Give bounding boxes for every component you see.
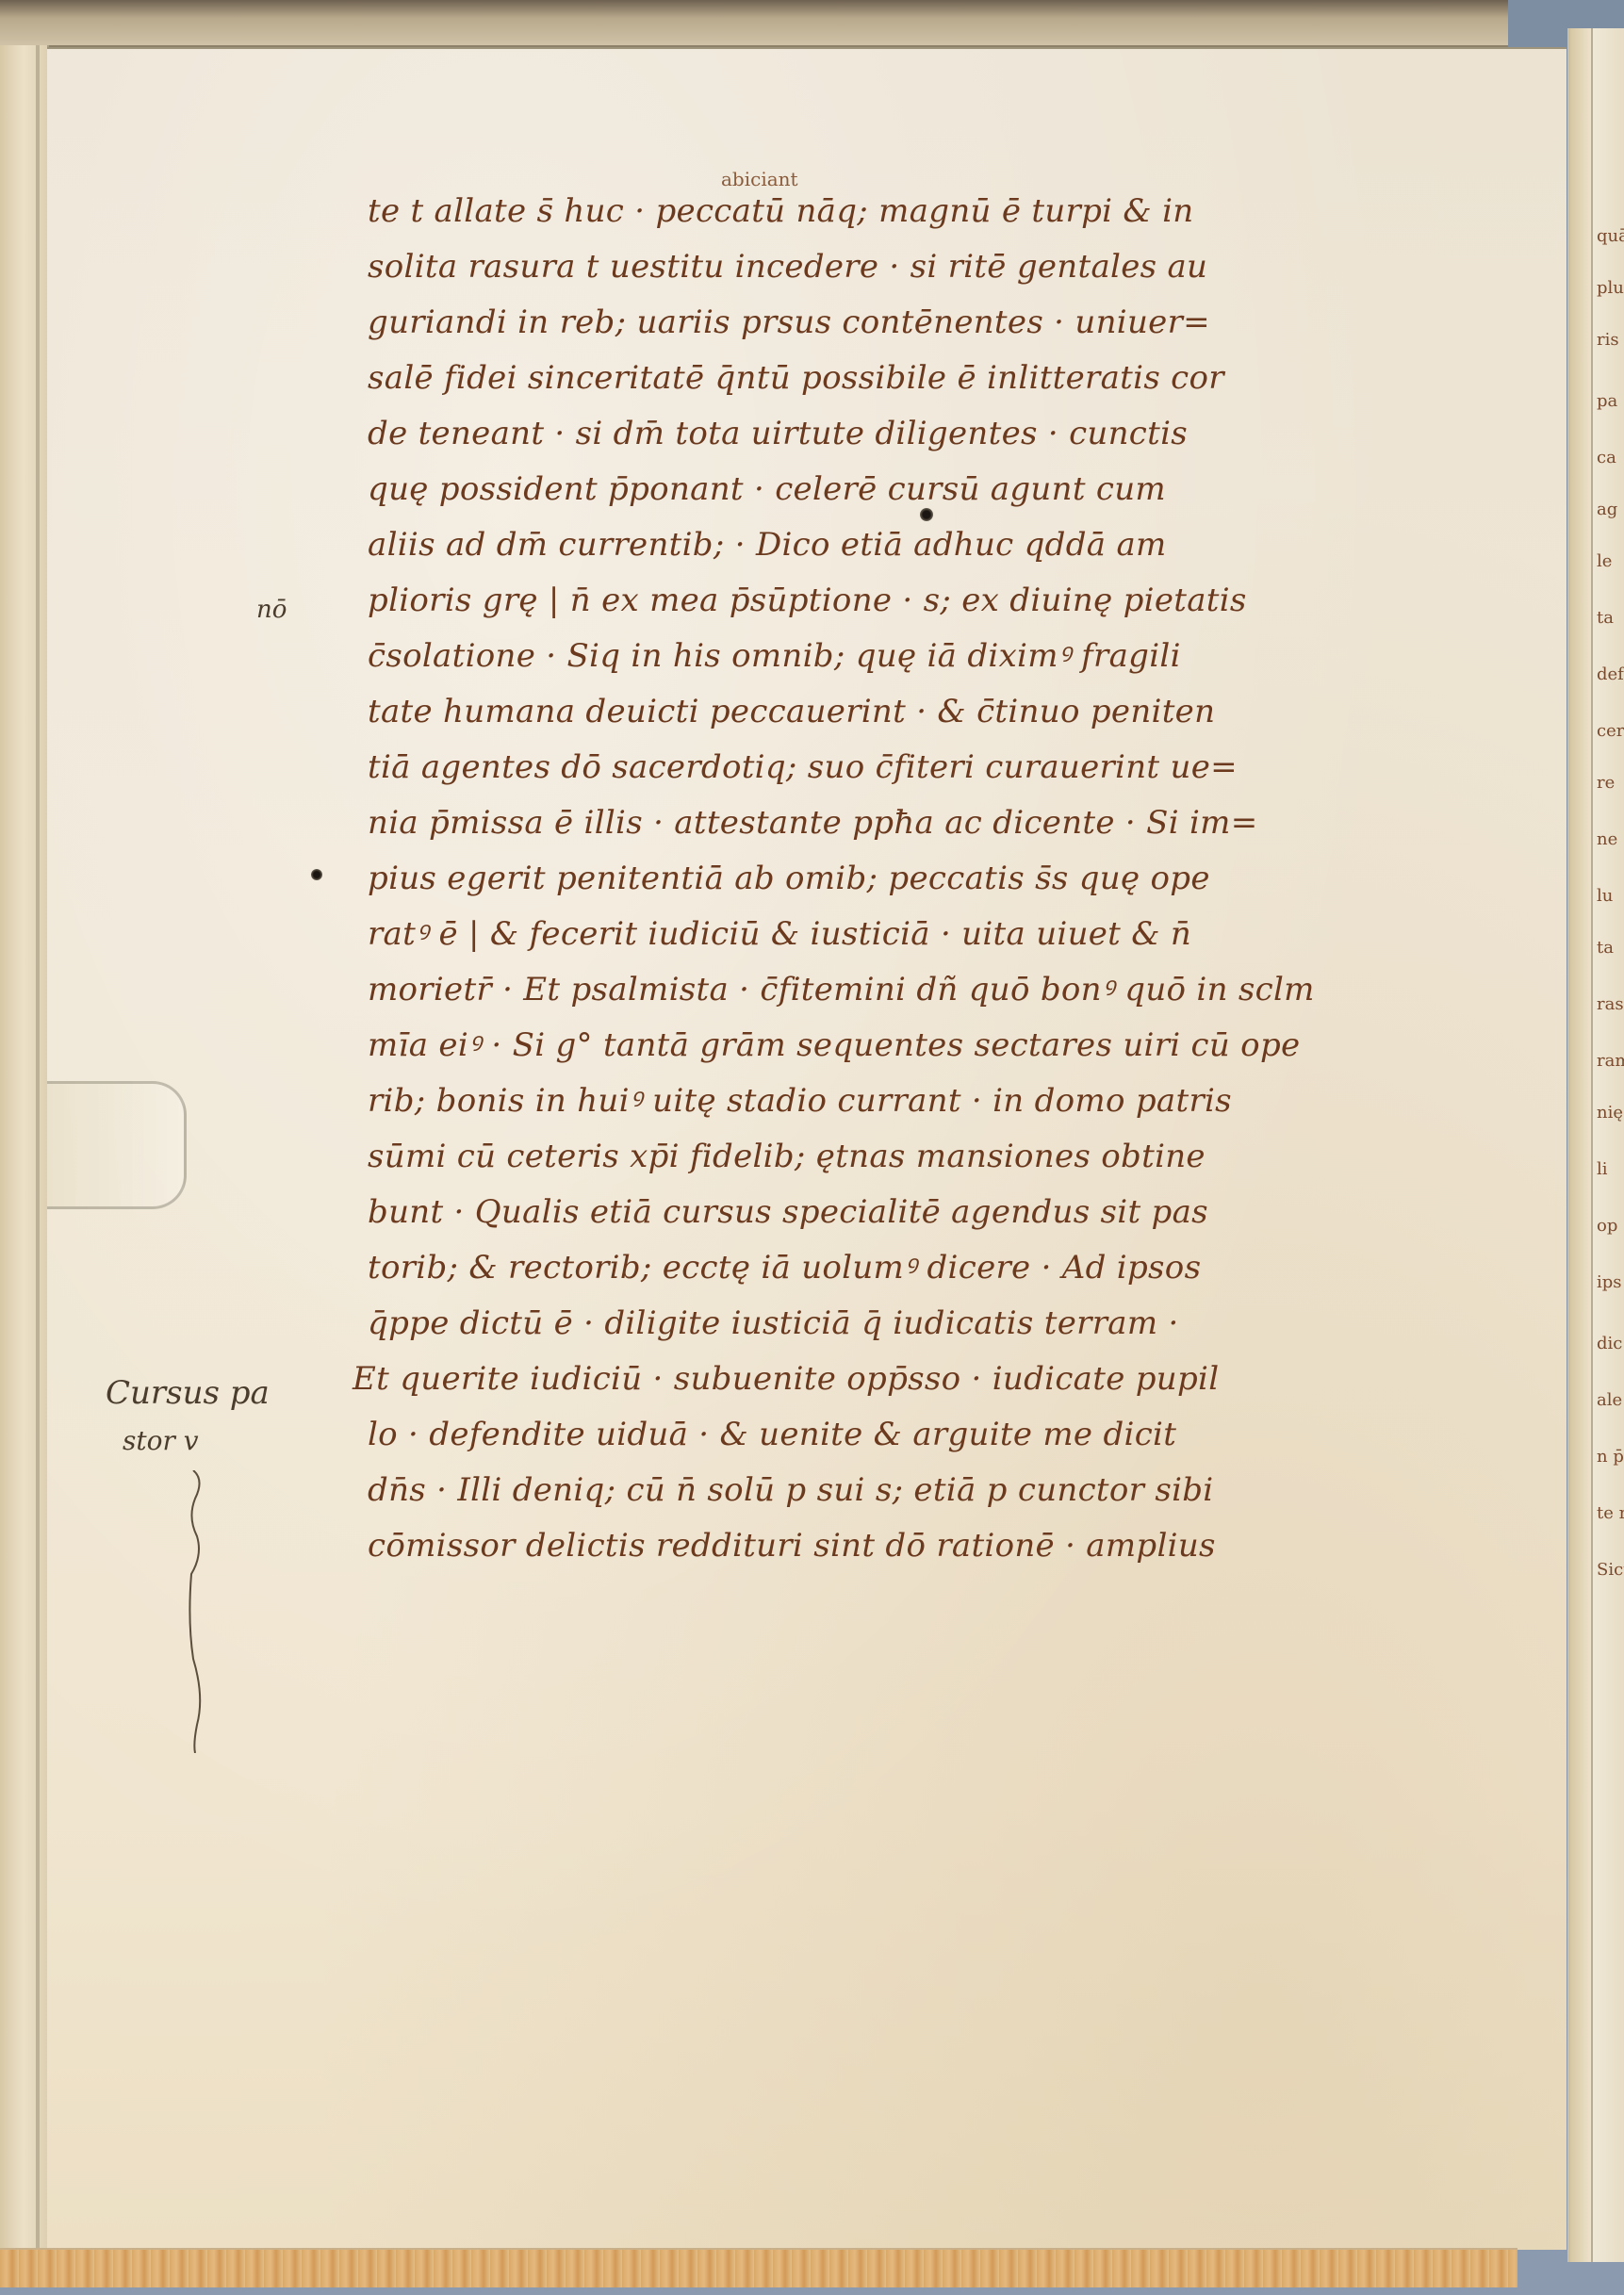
- facing-fragment: plu: [1597, 278, 1624, 298]
- text-line: mīa eiꝰ · Si g° tantā grām sequentes sec…: [368, 1018, 1442, 1074]
- text-line: sūmi cū ceteris xp̄i fidelib; ętnas mans…: [368, 1129, 1442, 1185]
- book-bottom-edge: [0, 2248, 1517, 2287]
- text-line: guriandi in reb; uariis prsus contēnente…: [368, 295, 1442, 351]
- facing-fragment: lu: [1597, 886, 1613, 906]
- text-line: plioris grę | n̄ ex mea p̄sūptione · s; …: [368, 573, 1442, 629]
- text-line: aliis ad dm̄ currentib; · Dico etiā adhu…: [368, 517, 1442, 573]
- text-line: ratꝰ ē | & fecerit iudiciū & iusticiā · …: [368, 907, 1442, 962]
- facing-fragment: ris: [1597, 330, 1619, 350]
- facing-page-edge: quā plu ris pa ca ag le ta def cer re ne…: [1567, 28, 1624, 2262]
- facing-fragment: te rep: [1597, 1503, 1624, 1523]
- text-line: nia p̄missa ē illis · attestante ppħa ac…: [368, 795, 1442, 851]
- text-line: lo · defendite uiduā · & uenite & arguit…: [368, 1407, 1442, 1463]
- binding-clasp-icon: [47, 1081, 187, 1209]
- text-line: quę possident p̄ponant · celerē cursū ag…: [368, 462, 1442, 517]
- text-line: solita rasura t uestitu incedere · si ri…: [368, 239, 1442, 295]
- marginal-rubric-line-2: stor v: [123, 1425, 199, 1456]
- text-line: de teneant · si dm̄ tota uirtute diligen…: [368, 406, 1442, 462]
- facing-fragment: ag: [1597, 500, 1617, 519]
- facing-fragment: ta: [1597, 608, 1614, 628]
- facing-fragment: le: [1597, 551, 1612, 571]
- facing-fragment: op: [1597, 1216, 1617, 1236]
- text-line: c̄solatione · Siq in his omnib; quę iā d…: [368, 629, 1442, 684]
- main-text-block: te t allate s̄ huc · peccatū nāq; magnū …: [368, 184, 1442, 1574]
- marginal-rubric-line-1: Cursus pa: [106, 1374, 270, 1412]
- facing-fragment: Sicu: [1597, 1560, 1624, 1580]
- text-line: q̄ppe dictū ē · diligite iusticiā q̄ iud…: [368, 1296, 1442, 1352]
- text-line: tiā agentes dō sacerdotiq; suo c̄fiteri …: [368, 740, 1442, 795]
- text-line: salē fidei sinceritatē q̄ntū possibile ē…: [368, 351, 1442, 406]
- facing-page-gutter: [1570, 28, 1593, 2262]
- text-line: te t allate s̄ huc · peccatū nāq; magnū …: [368, 184, 1442, 239]
- text-line: Et querite iudiciū · subuenite opp̄sso ·…: [353, 1352, 1442, 1407]
- facing-fragment: ne: [1597, 829, 1617, 849]
- text-line: pius egerit penitentiā ab omib; peccatis…: [368, 851, 1442, 907]
- facing-fragment: li: [1597, 1159, 1608, 1179]
- text-line: morietr̄ · Et psalmista · c̄fitemini dñ …: [368, 962, 1442, 1018]
- text-line: cōmissor delictis reddituri sint dō rati…: [368, 1518, 1442, 1574]
- marginal-bracket-icon: [184, 1470, 212, 1753]
- facing-fragment: quā: [1597, 226, 1624, 246]
- facing-fragment: ale: [1597, 1390, 1622, 1410]
- text-line: rib; bonis in huiꝰ uitę stadio currant ·…: [368, 1074, 1442, 1129]
- facing-fragment: dic: [1597, 1334, 1622, 1353]
- facing-fragment: ras: [1597, 994, 1624, 1014]
- text-line: dn̄s · Illi deniq; cū n̄ solū p sui s; e…: [368, 1463, 1442, 1518]
- pinhole-mark: [311, 869, 322, 880]
- text-line: bunt · Qualis etiā cursus specialitē age…: [368, 1185, 1442, 1240]
- book-top-edge: [0, 0, 1508, 47]
- facing-fragment: ram: [1597, 1051, 1624, 1071]
- facing-fragment: re: [1597, 773, 1615, 793]
- facing-fragment: ta: [1597, 938, 1614, 958]
- facing-fragment: def: [1597, 664, 1624, 684]
- facing-fragment: cer: [1597, 721, 1624, 741]
- nota-marginal-mark: nō: [256, 596, 287, 624]
- facing-fragment: n p̄m: [1597, 1447, 1624, 1467]
- text-line: tate humana deuicti peccauerint · & c̄ti…: [368, 684, 1442, 740]
- binding-spine: [0, 45, 49, 2251]
- facing-fragment: pa: [1597, 391, 1617, 411]
- text-line: torib; & rectorib; ecctę iā uolumꝰ dicer…: [368, 1240, 1442, 1296]
- facing-fragment: ips: [1597, 1272, 1622, 1292]
- facing-fragment: nię: [1597, 1103, 1623, 1123]
- facing-fragment: ca: [1597, 448, 1616, 467]
